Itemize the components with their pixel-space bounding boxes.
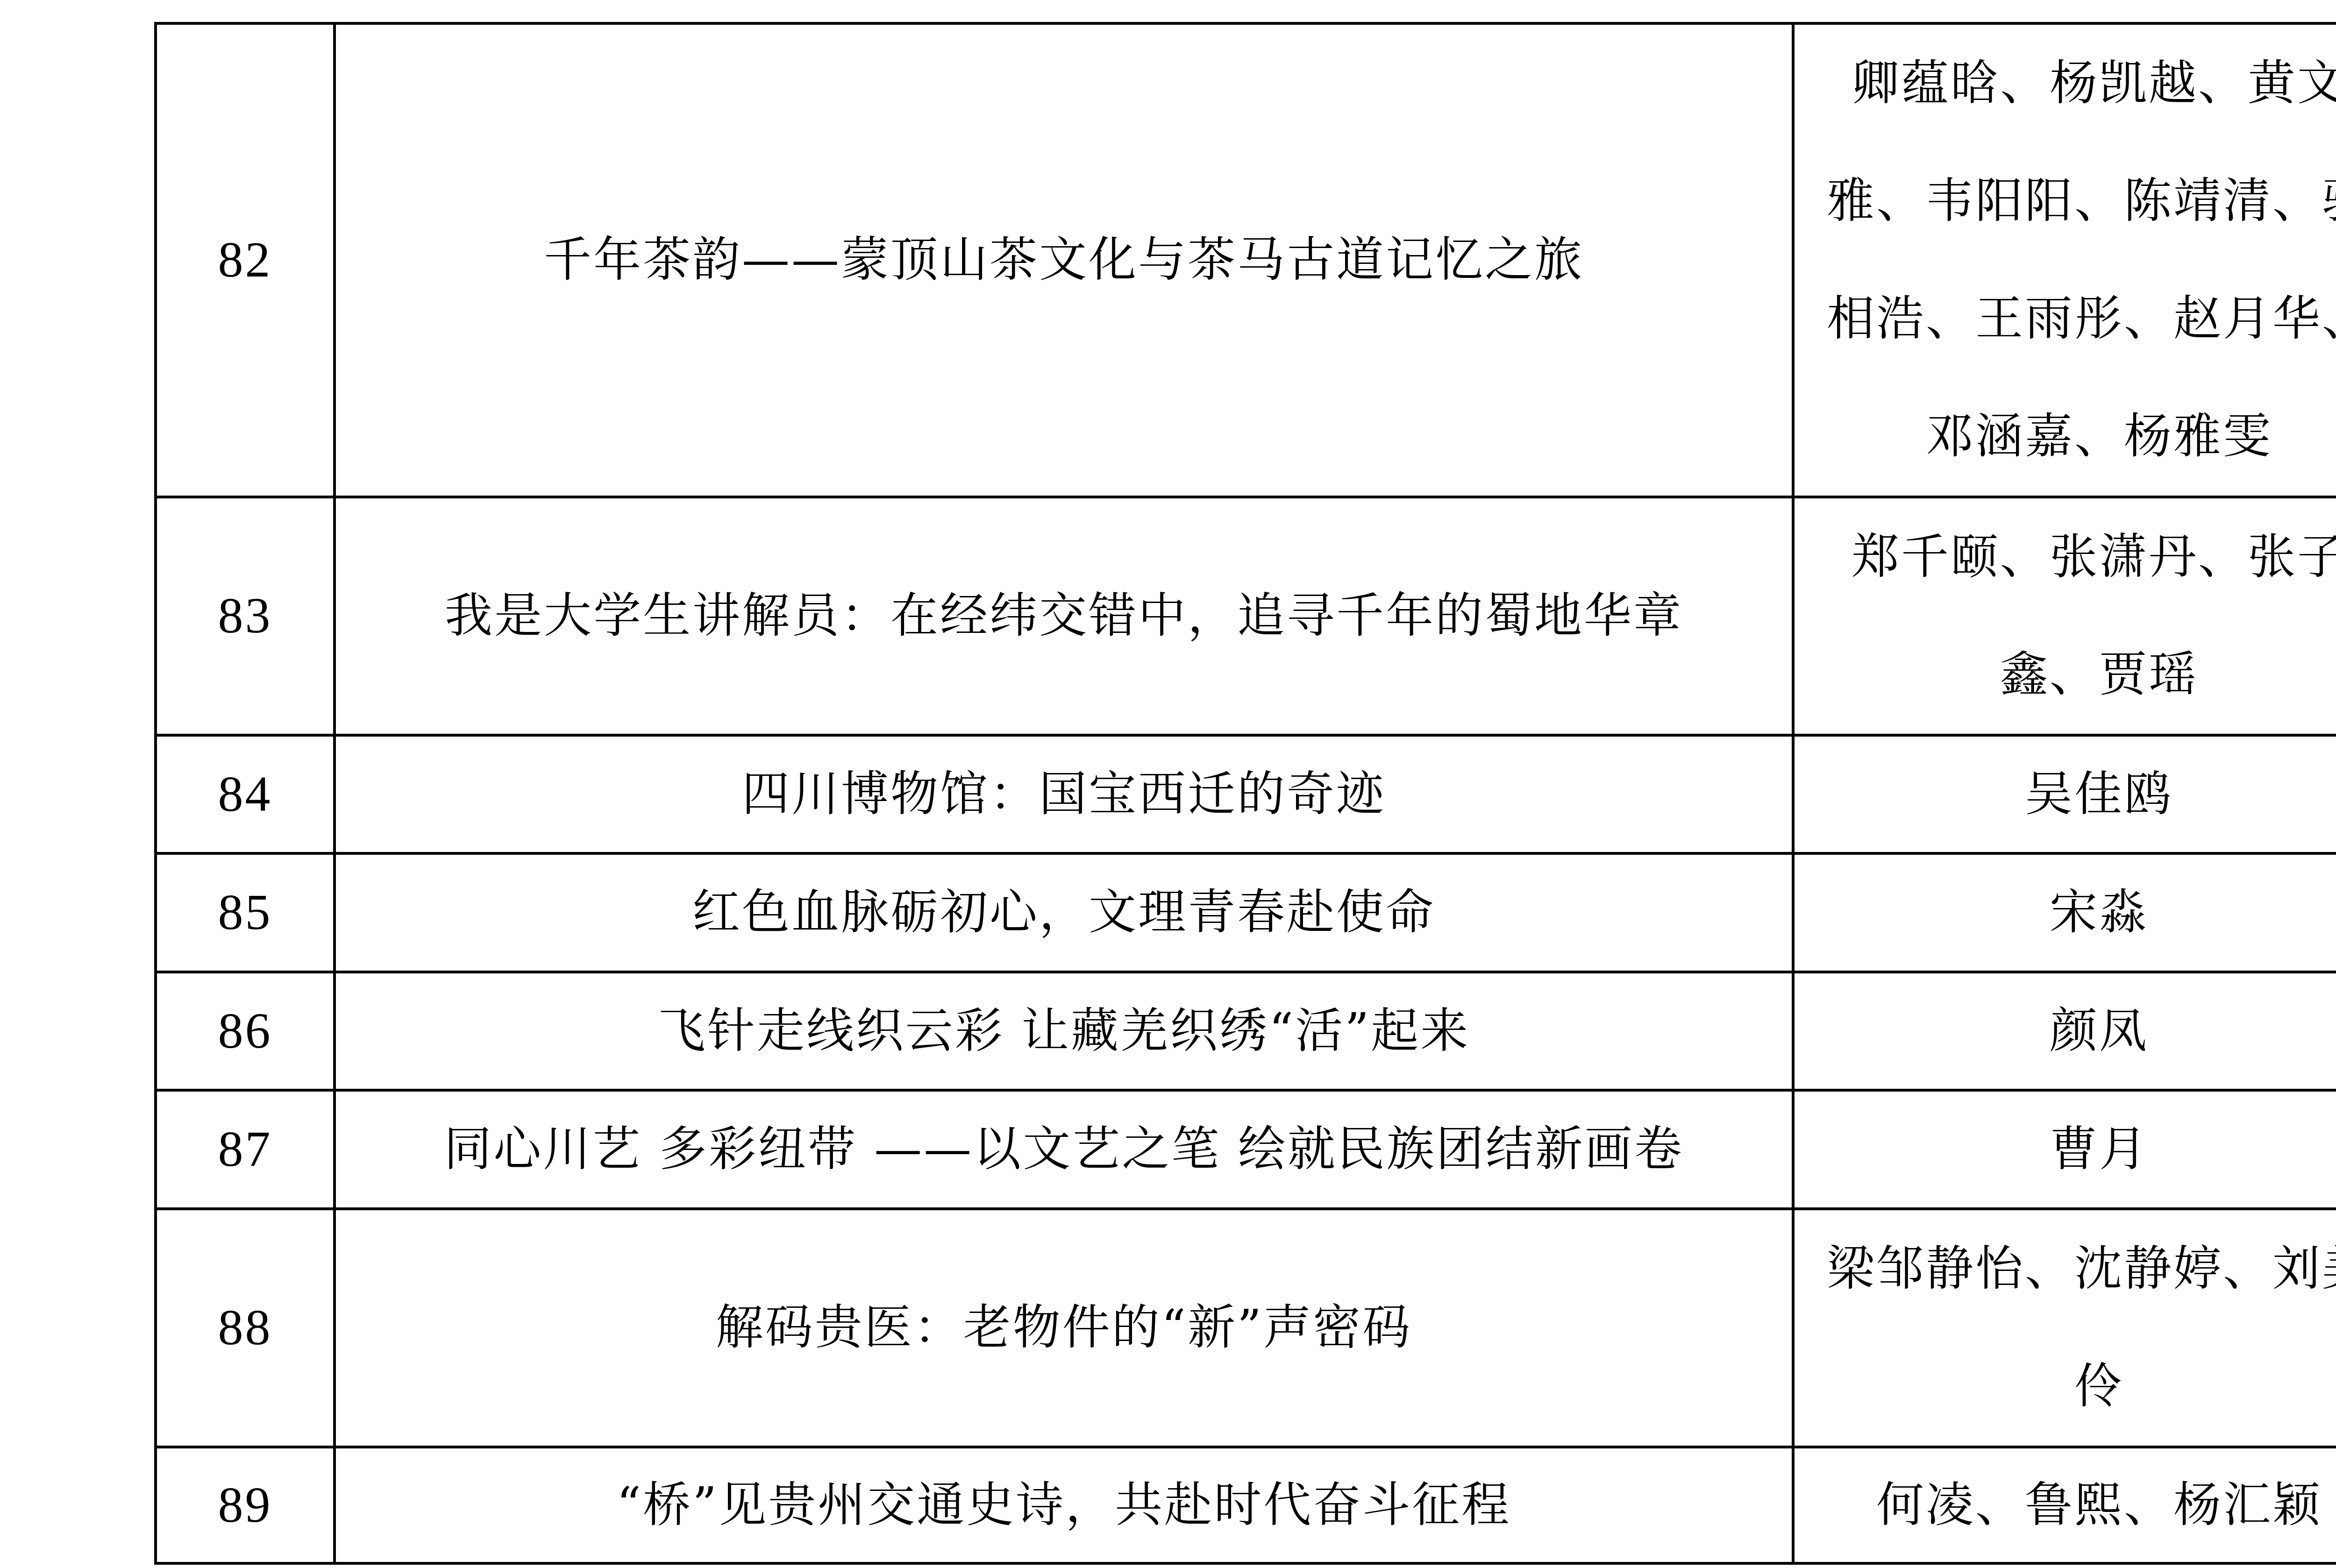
project-title: 红色血脉砺初心，文理青春赴使命 — [335, 853, 1793, 972]
row-number: 82 — [156, 23, 335, 497]
team-members: 颜凤 — [1793, 972, 2336, 1090]
table-row: 86 飞针走线织云彩 让藏羌织绣“活”起来 颜凤 四川艺术职业学院 — [156, 972, 2336, 1090]
team-members: 郑千颐、张潇丹、张子鑫、贾瑶 — [1793, 497, 2336, 735]
table-row: 84 四川博物馆：国宝西迁的奇迹 吴佳鸥 四川传媒学院 — [156, 735, 2336, 853]
team-members: 曹月 — [1793, 1090, 2336, 1209]
table-row: 88 解码贵医：老物件的“新”声密码 梁邹静怡、沈静婷、刘美伶 贵州医科大学 — [156, 1209, 2336, 1447]
table-row: 82 千年茶韵——蒙顶山茶文化与茶马古道记忆之旅 卿蕴晗、杨凯越、黄文雅、韦阳阳… — [156, 23, 2336, 497]
row-number: 86 — [156, 972, 335, 1090]
project-title: 我是大学生讲解员：在经纬交错中，追寻千年的蜀地华章 — [335, 497, 1793, 735]
row-number: 83 — [156, 497, 335, 735]
team-members: 吴佳鸥 — [1793, 735, 2336, 853]
row-number: 87 — [156, 1090, 335, 1209]
project-title: 四川博物馆：国宝西迁的奇迹 — [335, 735, 1793, 853]
table-row: 87 同心川艺 多彩纽带 ——以文艺之笔 绘就民族团结新画卷 曹月 四川艺术职业… — [156, 1090, 2336, 1209]
row-number: 85 — [156, 853, 335, 972]
team-members: 宋淼 — [1793, 853, 2336, 972]
table-row: 83 我是大学生讲解员：在经纬交错中，追寻千年的蜀地华章 郑千颐、张潇丹、张子鑫… — [156, 497, 2336, 735]
project-title: 解码贵医：老物件的“新”声密码 — [335, 1209, 1793, 1447]
project-title: 飞针走线织云彩 让藏羌织绣“活”起来 — [335, 972, 1793, 1090]
team-members: 卿蕴晗、杨凯越、黄文雅、韦阳阳、陈靖清、骆相浩、王雨彤、赵月华、邓涵嘉、杨雅雯 — [1793, 23, 2336, 497]
table-row: 89 “桥”见贵州交通史诗，共赴时代奋斗征程 何凌、鲁熙、杨汇颖 贵州交通职业大… — [156, 1447, 2336, 1563]
row-number: 88 — [156, 1209, 335, 1447]
row-number: 89 — [156, 1447, 335, 1563]
team-members: 何凌、鲁熙、杨汇颖 — [1793, 1447, 2336, 1563]
project-title: “桥”见贵州交通史诗，共赴时代奋斗征程 — [335, 1447, 1793, 1563]
project-title: 千年茶韵——蒙顶山茶文化与茶马古道记忆之旅 — [335, 23, 1793, 497]
team-members: 梁邹静怡、沈静婷、刘美伶 — [1793, 1209, 2336, 1447]
row-number: 84 — [156, 735, 335, 853]
table-row: 85 红色血脉砺初心，文理青春赴使命 宋淼 成都文理学院 — [156, 853, 2336, 972]
project-list-table: 82 千年茶韵——蒙顶山茶文化与茶马古道记忆之旅 卿蕴晗、杨凯越、黄文雅、韦阳阳… — [154, 22, 2336, 1565]
project-title: 同心川艺 多彩纽带 ——以文艺之笔 绘就民族团结新画卷 — [335, 1090, 1793, 1209]
